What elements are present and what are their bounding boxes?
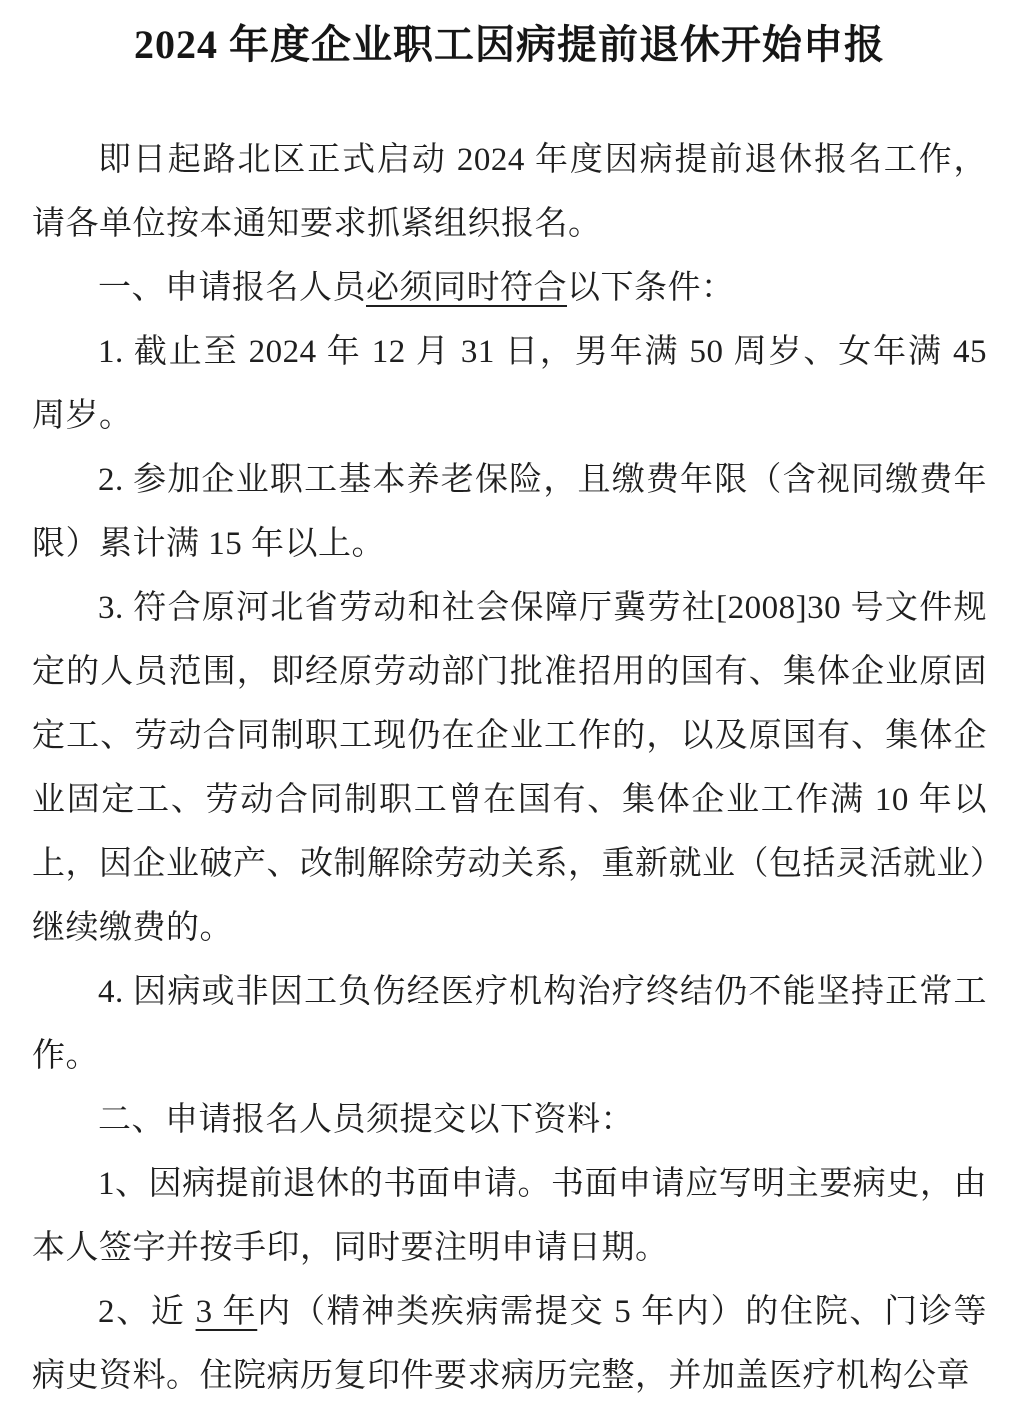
text-run: 1. 截止至 2024 年 12 月 31 日，男年满 50 周岁、女年满 45…: [32, 334, 987, 434]
document-body: 即日起路北区正式启动 2024 年度因病提前退休报名工作，请各单位按本通知要求抓…: [32, 128, 987, 1408]
text-run: 即日起路北区正式启动 2024 年度因病提前退休报名工作，请各单位按本通知要求抓…: [32, 142, 987, 242]
text-run: 以下条件：: [567, 270, 735, 306]
condition-item-3: 3. 符合原河北省劳动和社会保障厅冀劳社[2008]30 号文件规定的人员范围，…: [32, 576, 987, 960]
condition-item-4: 4. 因病或非因工负伤经医疗机构治疗终结仍不能坚持正常工作。: [32, 960, 987, 1088]
condition-item-1: 1. 截止至 2024 年 12 月 31 日，男年满 50 周岁、女年满 45…: [32, 320, 987, 448]
material-item-2: 2、近 3 年内（精神类疾病需提交 5 年内）的住院、门诊等病史资料。住院病历复…: [32, 1280, 987, 1408]
document-page: 2024 年度企业职工因病提前退休开始申报 即日起路北区正式启动 2024 年度…: [0, 0, 1017, 1427]
condition-item-2: 2. 参加企业职工基本养老保险，且缴费年限（含视同缴费年限）累计满 15 年以上…: [32, 448, 987, 576]
material-item-1: 1、因病提前退休的书面申请。书面申请应写明主要病史，由本人签字并按手印，同时要注…: [32, 1152, 987, 1280]
text-run: 4. 因病或非因工负伤经医疗机构治疗终结仍不能坚持正常工作。: [32, 974, 987, 1074]
section-2-heading: 二、申请报名人员须提交以下资料：: [32, 1088, 987, 1152]
intro-paragraph: 即日起路北区正式启动 2024 年度因病提前退休报名工作，请各单位按本通知要求抓…: [32, 128, 987, 256]
document-title: 2024 年度企业职工因病提前退休开始申报: [32, 20, 987, 70]
text-run: 二、申请报名人员须提交以下资料：: [98, 1102, 634, 1138]
text-run: 一、申请报名人员: [98, 270, 366, 306]
underlined-text: 3 年: [196, 1294, 258, 1330]
text-run: 1、因病提前退休的书面申请。书面申请应写明主要病史，由本人签字并按手印，同时要注…: [32, 1166, 987, 1266]
text-run: 2、近: [98, 1294, 196, 1330]
text-run: 3. 符合原河北省劳动和社会保障厅冀劳社[2008]30 号文件规定的人员范围，…: [32, 590, 987, 946]
underlined-text: 必须同时符合: [366, 270, 567, 306]
text-run: 2. 参加企业职工基本养老保险，且缴费年限（含视同缴费年限）累计满 15 年以上…: [32, 462, 987, 562]
section-1-heading: 一、申请报名人员必须同时符合以下条件：: [32, 256, 987, 320]
